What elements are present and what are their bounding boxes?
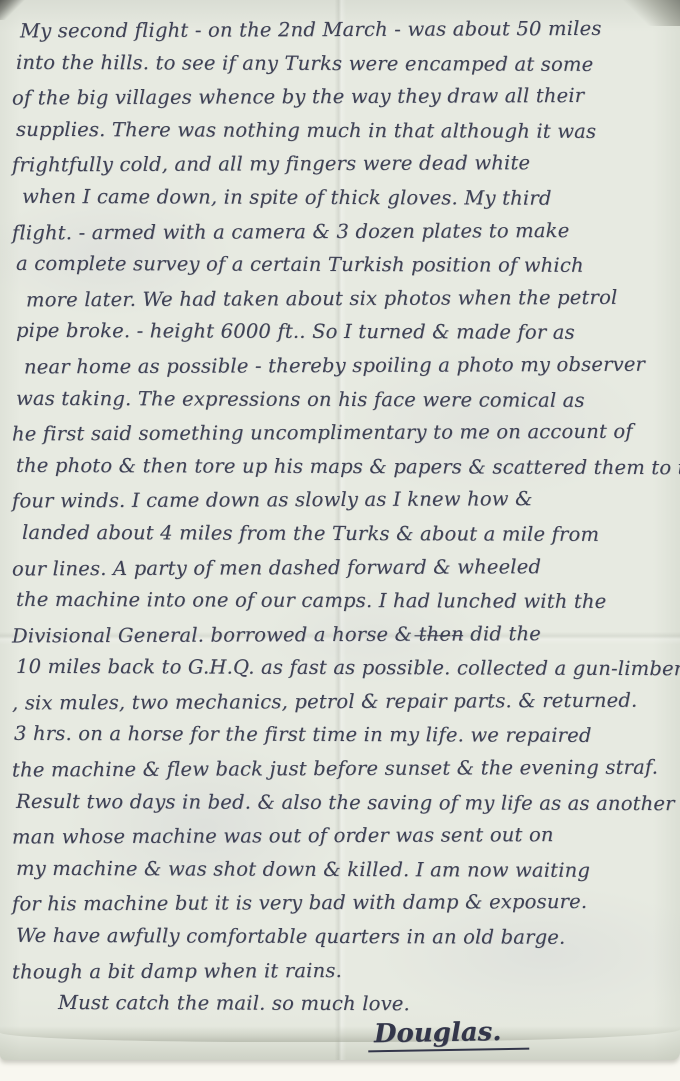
signature: Douglas.	[368, 1017, 530, 1053]
paper-torn-edge	[0, 1026, 680, 1042]
letter-line: was taking. The expressions on his face …	[12, 381, 674, 417]
letter-line: frightfully cold, and all my fingers wer…	[12, 146, 674, 182]
letter-line: for his machine but it is very bad with …	[12, 885, 674, 921]
letter-line: he first said something uncomplimentary …	[12, 415, 674, 451]
letter-line: Result two days in bed. & also the savin…	[12, 785, 674, 821]
letter-line: My second flight - on the 2nd March - wa…	[12, 12, 674, 48]
letter-line: the photo & then tore up his maps & pape…	[12, 449, 674, 485]
letter-line: 10 miles back to G.H.Q. as fast as possi…	[12, 650, 674, 686]
letter-line: Divisional General. borrowed a horse & t…	[12, 616, 674, 652]
letter-line: four winds. I came down as slowly as I k…	[12, 482, 674, 518]
letter-line: pipe broke. - height 6000 ft.. So I turn…	[12, 314, 674, 350]
letter-line: the machine & flew back just before suns…	[12, 751, 674, 787]
letter-sheet: My second flight - on the 2nd March - wa…	[0, 0, 680, 1060]
letter-line: into the hills. to see if any Turks were…	[12, 45, 674, 81]
letter-line: though a bit damp when it rains.	[12, 952, 674, 988]
letter-line: , six mules, two mechanics, petrol & rep…	[12, 683, 674, 719]
letter-line: our lines. A party of men dashed forward…	[12, 549, 674, 585]
letter-line: a complete survey of a certain Turkish p…	[12, 247, 674, 283]
letter-line: my machine & was shot down & killed. I a…	[12, 852, 674, 888]
letter-line: landed about 4 miles from the Turks & ab…	[12, 516, 674, 552]
letter-line: Must catch the mail. so much love.	[12, 986, 674, 1022]
letter-line: of the big villages whence by the way th…	[12, 79, 674, 115]
letter-line: man whose machine was out of order was s…	[12, 818, 674, 854]
letter-line: near home as possible - thereby spoiling…	[12, 347, 674, 383]
letter-line: We have awfully comfortable quarters in …	[12, 919, 674, 955]
letter-line: when I came down, in spite of thick glov…	[12, 180, 674, 216]
letter-body: My second flight - on the 2nd March - wa…	[12, 13, 674, 1021]
letter-line: supplies. There was nothing much in that…	[12, 113, 674, 149]
letter-line: more later. We had taken about six photo…	[12, 280, 674, 316]
scan-background: { "letter": { "lines": [ "My second flig…	[0, 0, 680, 1081]
letter-line: 3 hrs. on a horse for the first time in …	[12, 717, 674, 753]
letter-line: the machine into one of our camps. I had…	[12, 583, 674, 619]
letter-line: flight. - armed with a camera & 3 dozen …	[12, 213, 674, 249]
